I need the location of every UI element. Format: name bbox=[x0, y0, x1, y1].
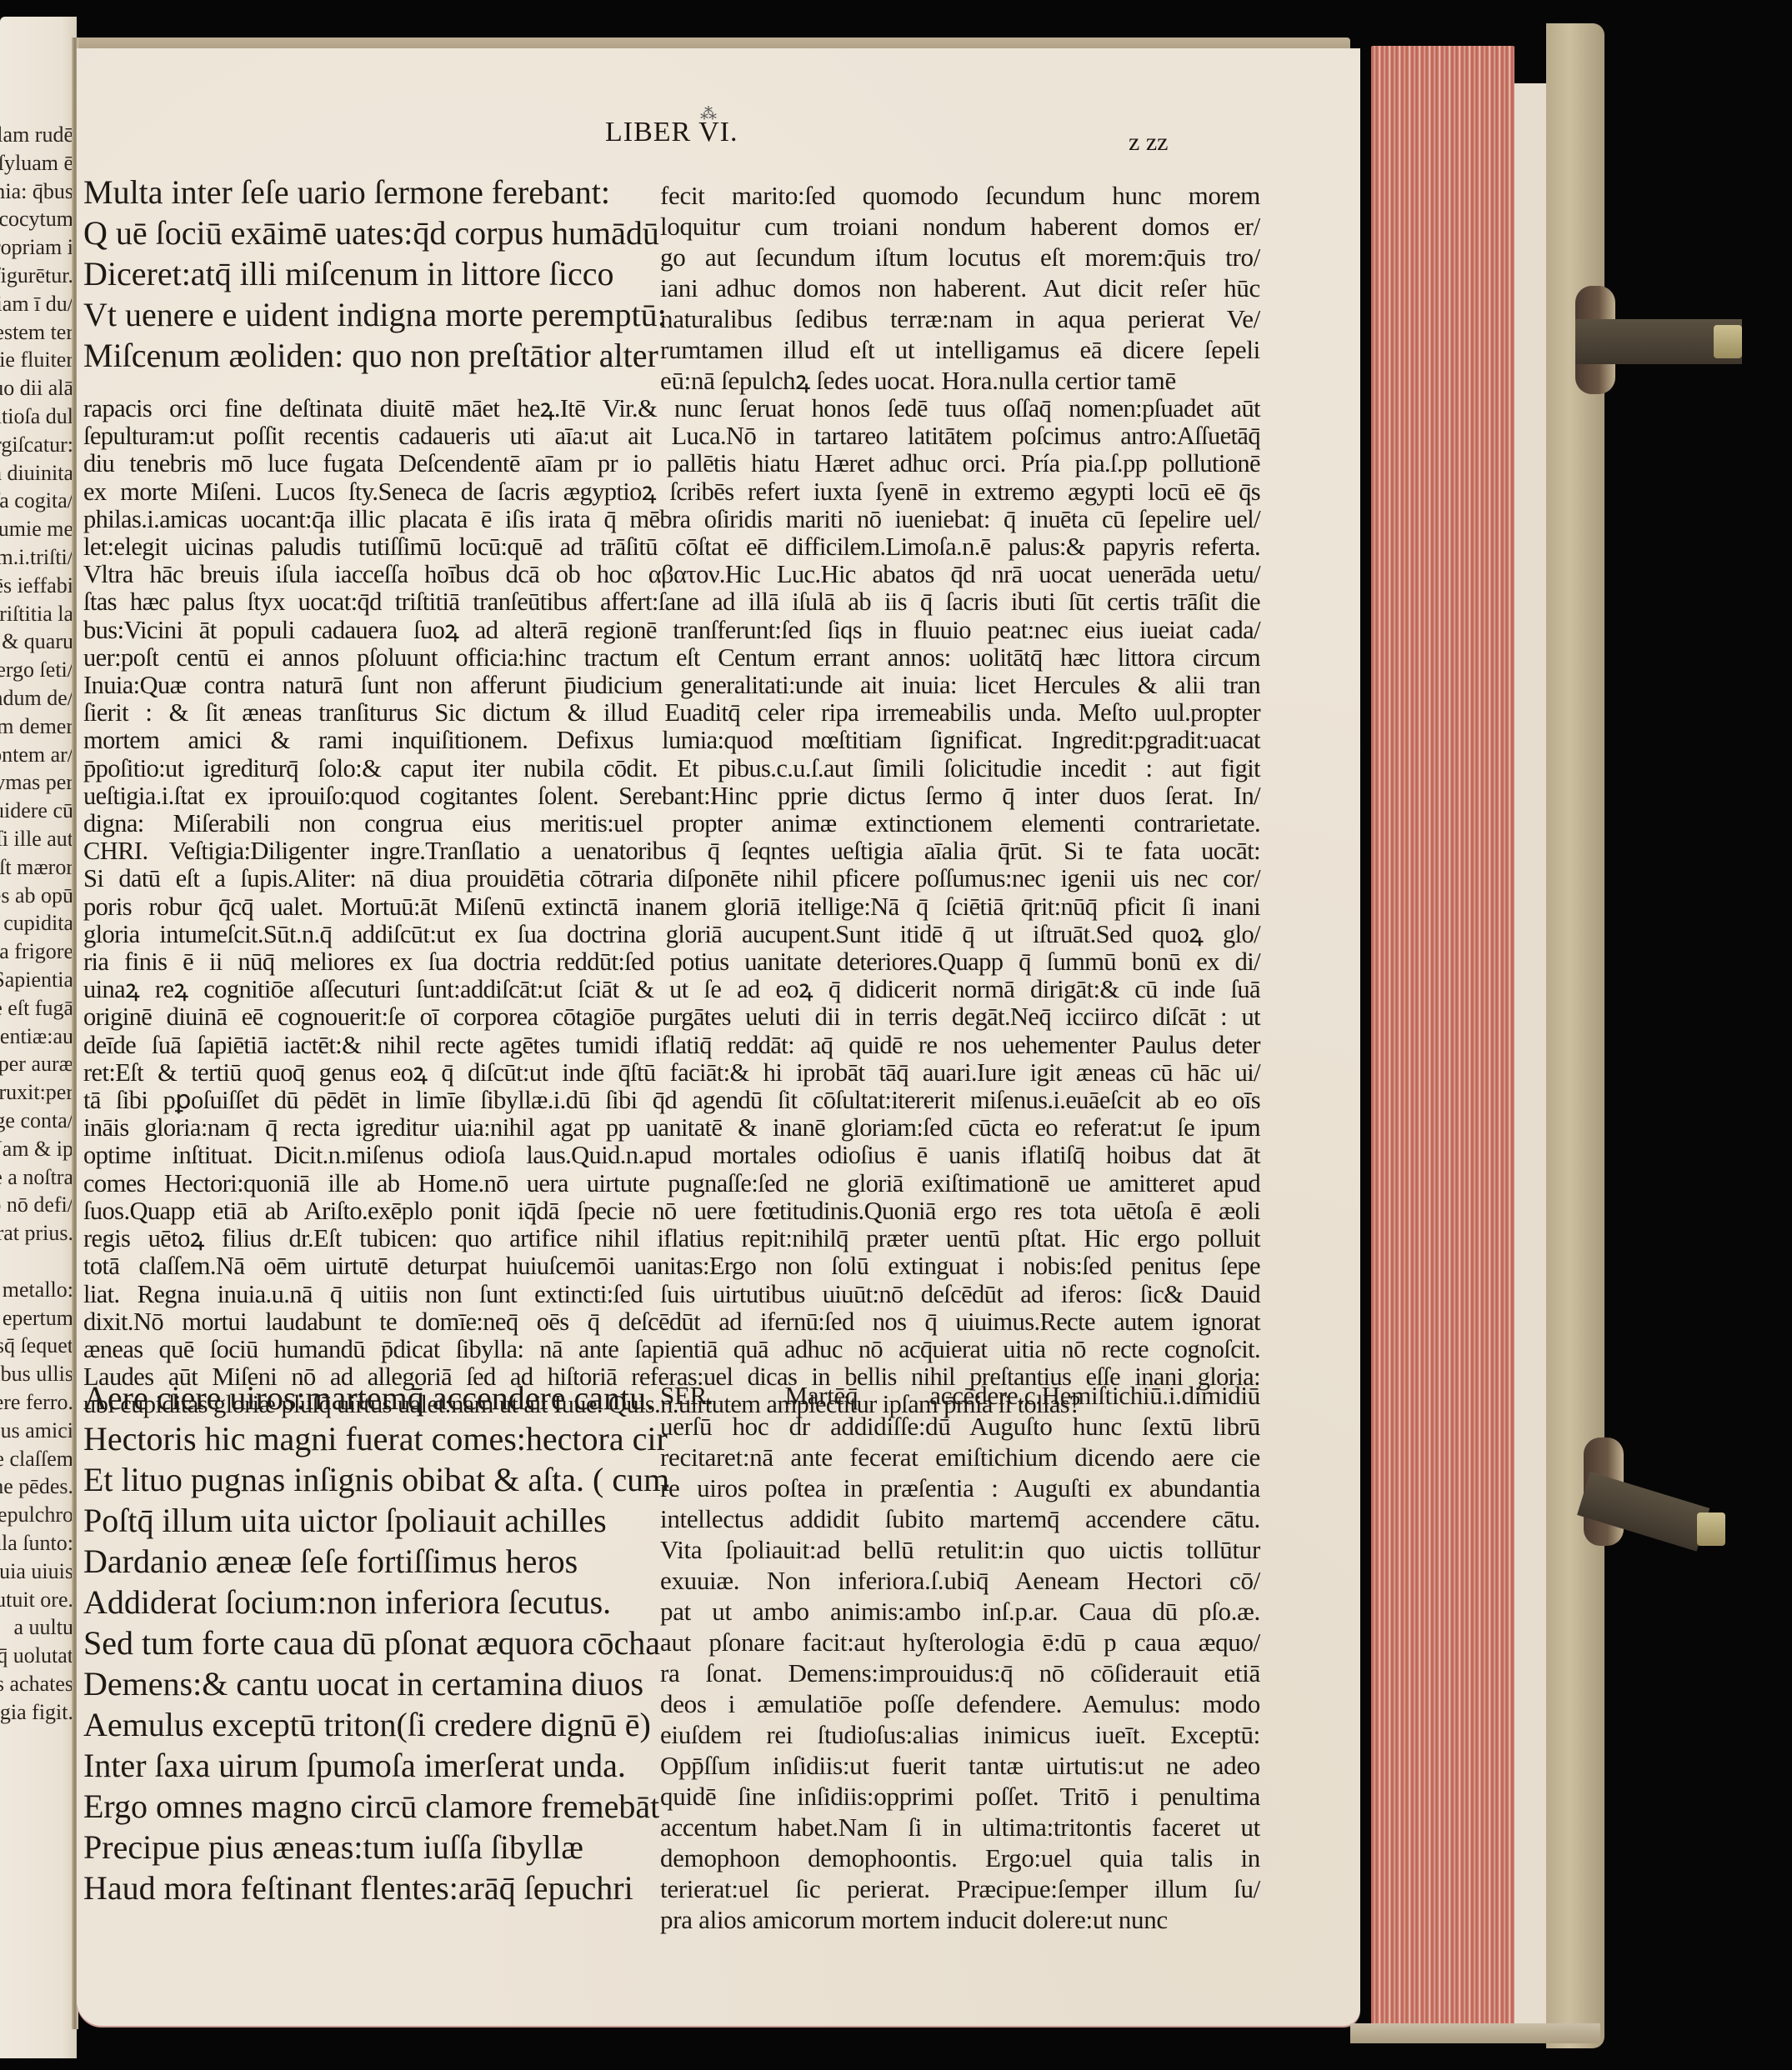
commentary-line: ret:Eſt & tertiū quoq̄ genus eoꝝ q̄ diſc… bbox=[83, 1059, 1260, 1087]
commentary-line: ſepulturam:ut poſſit recentis cadaueris … bbox=[83, 422, 1260, 450]
verse-line: Dardanio æneæ ſeſe fortiſſimus heros bbox=[83, 1541, 658, 1582]
verse-line: Et lituo pugnas inſignis obibat & aſta. … bbox=[83, 1459, 658, 1500]
verse-line: Miſcenum æoliden: quo non preſtātior alt… bbox=[83, 335, 658, 376]
commentary-line: comes Hectori:quoniā ille ab Home.nō uer… bbox=[83, 1170, 1260, 1197]
commentary-line: dixit.Nō mortui laudabunt te domīe:neq̄ … bbox=[83, 1308, 1260, 1336]
previous-page-text-fragment: circo ſyluam ē bbox=[0, 149, 73, 177]
verse-line: Aemulus exceptū triton(ſi credere dignū … bbox=[83, 1704, 658, 1745]
previous-page-text-fragment: cidamus: ſi ille aut bbox=[0, 825, 73, 852]
commentary-line: poris robur q̄cq̄ ualet. Mortuū:āt Miſen… bbox=[83, 893, 1260, 921]
previous-page-text-fragment: n quæ a noſtra bbox=[0, 1163, 73, 1191]
commentary-line: eū:nā ſepulchꝝ ſedes uocat. Hora.nulla c… bbox=[660, 365, 1260, 396]
commentary-line: philas.i.amicas uocant:q̄a illic placata… bbox=[83, 506, 1260, 533]
verse-line: Inter ſaxa uirum ſpumoſa imerſerat unda. bbox=[83, 1745, 658, 1786]
commentary-line: SER. Martēq̄ accēdere.c.Hemiſtichiū.i.di… bbox=[660, 1380, 1260, 1411]
red-stained-fore-edge bbox=[1371, 46, 1514, 2042]
commentary-line: ināis gloria:nam q̄ recta igreditur uia:… bbox=[83, 1114, 1260, 1142]
commentary-line: re uiros poſtea in præſentia : Auguſti e… bbox=[660, 1472, 1260, 1503]
commentary-main: rapacis orci fine deſtinata diuitē māet … bbox=[83, 395, 1260, 1419]
previous-page-text-fragment: ā materiam ī du/ bbox=[0, 290, 73, 317]
previous-page-text-fragment: ī rez pnitioſa dul bbox=[0, 402, 73, 430]
previous-page-text-fragment: it:& cælestem ter bbox=[0, 318, 73, 346]
commentary-line: gloria intumeſcit.Sūt.n.q̄ addiſcūt:ut e… bbox=[83, 921, 1260, 948]
commentary-line: ueſtigia.i.ſtat ex iprouiſo:quod cogitan… bbox=[83, 782, 1260, 810]
commentary-line: Vita ſpoliauit:ad bellū retulit:in quo u… bbox=[660, 1534, 1260, 1565]
commentary-line: eiuſdem rei ſtudioſus:alias inimicus iue… bbox=[660, 1719, 1260, 1750]
brass-catch-icon bbox=[1697, 1512, 1725, 1546]
previous-page-text-fragment: quod eſt a frigore bbox=[0, 937, 73, 965]
verse-line: Q uē ſociū exāimē uates:q̄d corpus humād… bbox=[83, 212, 658, 253]
previous-page-text-fragment: tes:Nam & ip bbox=[0, 1135, 73, 1162]
verse-line: Hectoris hic magni fuerat comes:hectora … bbox=[83, 1418, 658, 1459]
commentary-line: pat ut ambo animis:ambo inſ.p.ar. Caua d… bbox=[660, 1596, 1260, 1627]
previous-page-text-fragment: auulſo nō defi/ bbox=[0, 1191, 73, 1218]
commentary-bottom-right: SER. Martēq̄ accēdere.c.Hemiſtichiū.i.di… bbox=[660, 1380, 1260, 1935]
previous-page-text-fragment: abſtruxit:per bbox=[0, 1078, 73, 1106]
commentary-line: ex morte Miſeni. Lucos ſty.Seneca de ſac… bbox=[83, 478, 1260, 506]
signature-mark: z zz bbox=[1129, 128, 1168, 157]
previous-page-text-fragment: ueluti flumie me bbox=[0, 515, 73, 542]
previous-page-text-fragment: tum.ſ.quo dii alā bbox=[0, 374, 73, 402]
commentary-line: uerſū hoc dr addidiſſe:dū Auguſto hunc ſ… bbox=[660, 1411, 1260, 1442]
previous-page-text-fragment: acilisq̄ ſequet bbox=[0, 1332, 73, 1359]
previous-page-text-fragment: corpus amici bbox=[0, 1417, 73, 1444]
commentary-line: rapacis orci fine deſtinata diuitē māet … bbox=[83, 395, 1260, 422]
previous-page-text-fragment: epertum bbox=[3, 1304, 73, 1332]
running-head: LIBER VI. bbox=[605, 117, 738, 148]
previous-page-text-fragment: uellere ferro. bbox=[0, 1388, 73, 1416]
commentary-line: let:elegit uicinas paludis tutiſſimū loc… bbox=[83, 533, 1260, 561]
verse-line: Precipue pius æneas:tum iuſſa ſibyllæ bbox=[83, 1827, 658, 1867]
verse-line: Vt uenere e uident indigna morte perempt… bbox=[83, 294, 658, 335]
previous-page-text-fragment: gia figit. bbox=[0, 1698, 73, 1726]
commentary-top-right: fecit marito:ſed quomodo ſecundum hunc m… bbox=[660, 180, 1260, 396]
commentary-line: naturalibus ſedibus terræ:nam in aqua pe… bbox=[660, 303, 1260, 334]
commentary-line: aut pſonare facit:aut hyſterologia ē:dū … bbox=[660, 1627, 1260, 1657]
verse-line: Multa inter ſeſe uario ſermone ferebant: bbox=[83, 172, 658, 212]
commentary-line: totā claſſem.Nā oēm uirtutē deturpat hui… bbox=[83, 1252, 1260, 1280]
commentary-line: rumtamen illud eſt ut intelligamus eā di… bbox=[660, 334, 1260, 365]
commentary-line: ria finis ē ii nūq̄ meliores ex ſua doct… bbox=[83, 948, 1260, 976]
previous-page-text-fragment: i cauſa eſt & quaru bbox=[0, 627, 73, 655]
commentary-line: optime inſtituat. Dicit.n.miſenus odioſa… bbox=[83, 1142, 1260, 1169]
commentary-line: Si datū eſt a ſupis.Aliter: nā diua prou… bbox=[83, 865, 1260, 892]
brass-catch-icon bbox=[1714, 325, 1742, 358]
recto-page: ⁂ LIBER VI. z zz Multa inter ſeſe uario … bbox=[77, 48, 1360, 2027]
previous-page-text-fragment: cupiditates ab opū bbox=[0, 882, 73, 909]
verse-line: Ergo omnes magno circū clamore fremebāt bbox=[83, 1786, 658, 1827]
previous-page-text-fragment: ifectis ipſa cogita/ bbox=[0, 487, 73, 514]
previous-page-text-fragment: a metallo: bbox=[0, 1276, 73, 1303]
previous-page-text-fragment: men illam rudē bbox=[0, 121, 73, 148]
page-header: LIBER VI. z zz bbox=[77, 117, 1360, 158]
commentary-line: p̄poſitio:ut igrediturq̄ ſolo:& caput it… bbox=[83, 755, 1260, 782]
commentary-line: quidē ſine inſidiis:opprimi poſſet. Trit… bbox=[660, 1781, 1260, 1812]
previous-page-text-fragment: ii: Stygem.i.triſti/ bbox=[0, 543, 73, 571]
commentary-line: tā ſibi pꝑoſuiſſet dū pēdēt in limīe ſib… bbox=[83, 1087, 1260, 1114]
commentary-line: ſuos.Quapp etiā ab Ariſto.exēplo ponit i… bbox=[83, 1197, 1260, 1225]
commentary-line: æneas quē ſociū humandū p̄dicat ſibylla:… bbox=[83, 1336, 1260, 1363]
previous-page-text-fragment: citur.Ex triſtitia la bbox=[0, 600, 73, 627]
commentary-line: pra alios amicorum mortem inducit dolere… bbox=[660, 1904, 1260, 1935]
commentary-line: CHRI. Veſtigia:Diligenter ingre.Tranſlat… bbox=[83, 837, 1260, 865]
commentary-line: loquitur cum troiani nondum haberent dom… bbox=[660, 211, 1260, 242]
previous-page-text-fragment: a uultu bbox=[14, 1613, 74, 1641]
commentary-line: ſierit : & ſit æneas tranſiturus Sic dic… bbox=[83, 699, 1260, 727]
commentary-line: recitaret:nā ante fecerat emiſtichium di… bbox=[660, 1442, 1260, 1472]
commentary-line: liat. Regna inuia.u.nā q̄ uitiis non ſun… bbox=[83, 1281, 1260, 1308]
previous-page-text-fragment: ro.ī Iob per auræ bbox=[0, 1050, 73, 1077]
previous-page-text-fragment: gna iuia uiuis bbox=[0, 1557, 73, 1585]
commentary-line: go aut ſecundum iſtum locutus eſt morem:… bbox=[660, 242, 1260, 272]
cover-tail bbox=[1350, 2023, 1600, 2043]
commentary-line: ſtas hæc palus ſtyx uocat:q̄d triſtitiā … bbox=[83, 588, 1260, 616]
commentary-line: regis uētoꝝ filius dr.Eſt tubicen: quo a… bbox=[83, 1225, 1260, 1252]
previous-page-text-fragment: m ue propriam i bbox=[0, 233, 73, 261]
previous-page-text-fragment: erat prius. bbox=[0, 1219, 73, 1247]
commentary-line: diu tenebris mō luce fugata Deſcendentē … bbox=[83, 450, 1260, 477]
commentary-line: iani adhuc domos non haberent. Aut dicit… bbox=[660, 272, 1260, 303]
previous-page-text-fragment: lētiſſimæ cupidita bbox=[0, 909, 73, 937]
previous-page-text-fragment: s achates bbox=[0, 1670, 73, 1697]
previous-page-text-fragment: aureus: Sapientia bbox=[0, 966, 73, 993]
verse-block-top: Multa inter ſeſe uario ſermone ferebant:… bbox=[83, 172, 658, 376]
verse-line: Diceret:atq̄ illi miſcenum in littore ſi… bbox=[83, 253, 658, 294]
commentary-line: accentum habet.Nam ſi in ultima:tritonti… bbox=[660, 1812, 1260, 1842]
previous-page-text-fragment: um mundum de/ bbox=[0, 684, 73, 712]
previous-page-text-fragment: ntellige conta/ bbox=[0, 1107, 73, 1134]
verse-line: Poſtq̄ illum uita uictor ſpoliauit achil… bbox=[83, 1500, 658, 1541]
commentary-line: fecit marito:ſed quomodo ſecundum hunc m… bbox=[660, 180, 1260, 211]
previous-page-text-fragment: ibus ullis bbox=[0, 1360, 73, 1387]
commentary-line: uinaꝝ reꝝ cognitiōe aſſecuturi ſunt:addi… bbox=[83, 976, 1260, 1003]
verse-line: Aere ciere uiros:martemq̄ accendere cant… bbox=[83, 1377, 658, 1418]
previous-page-text-fragment: m nomia: q̄bus bbox=[0, 177, 73, 205]
previous-page-text-fragment: rōtem:cocytum bbox=[0, 205, 73, 232]
previous-page-text-fragment: tius:Hæc ergo ſeti/ bbox=[0, 656, 73, 683]
previous-page-text-fragment: utuit ore. bbox=[0, 1586, 73, 1613]
verse-line: Addiderat ſocium:non inferiora ſecutus. bbox=[83, 1582, 658, 1622]
previous-page-text-fragment: modo tiuidere cū bbox=[0, 797, 73, 824]
previous-page-text-fragment: tuſq̄ exiſtēs ieffabi bbox=[0, 572, 73, 599]
previous-page-text-fragment: piacula ſunto: bbox=[0, 1529, 73, 1557]
previous-page-text-fragment: eq̄ expergiſcatur: bbox=[0, 431, 73, 458]
previous-page-text-fragment: mali:ut eſt mæror bbox=[0, 853, 73, 881]
previous-page-text-fragment: phlegetontem ar/ bbox=[0, 741, 73, 768]
commentary-line: deos i æmulatiōe poſſe defendere. Aemulu… bbox=[660, 1688, 1260, 1719]
previous-page-text-fragment: i limine pēdes. bbox=[0, 1472, 73, 1500]
previous-page-text-fragment: dore.Nam demer bbox=[0, 712, 73, 740]
commentary-line: uer:poſt centū ei annos pſoluunt officia… bbox=[83, 644, 1260, 672]
previous-page-text-fragment: atio:quæ eſt fugā bbox=[0, 994, 73, 1022]
commentary-line: bus:Vicini āt populi cadauera ſuoꝝ ad al… bbox=[83, 617, 1260, 644]
previous-page-text-fragment: unere claſſem bbox=[0, 1445, 73, 1472]
commentary-line: deīde ſuā ſapiētiā iactēt:& nihil recte … bbox=[83, 1032, 1260, 1059]
previous-page-text-fragment: iam uarie fluiter bbox=[0, 346, 73, 373]
commentary-line: Vltra hāc breuis iſula iacceſſa hoībus d… bbox=[83, 561, 1260, 588]
previous-page-edge: men illam rudēcirco ſyluam ēm nomia: q̄b… bbox=[0, 17, 77, 2058]
previous-page-text-fragment: ō de ſepulchro bbox=[0, 1501, 73, 1528]
verse-line: Sed tum forte caua dū pſonat æquora cōch… bbox=[83, 1622, 658, 1663]
commentary-line: originē diuinā eē cognouerit:ſe oī corpo… bbox=[83, 1003, 1260, 1031]
commentary-line: demophoon demophoontis. Ergo:uel quia ta… bbox=[660, 1842, 1260, 1873]
previous-page-text-fragment: actiſſima diuinita bbox=[0, 459, 73, 487]
commentary-line: intellectus addidit ſubito martemq̄ acce… bbox=[660, 1503, 1260, 1534]
verse-line: Demens:& cantu uocat in certamina diuos bbox=[83, 1663, 658, 1704]
previous-page-text-fragment: æ trāſfigurētur. bbox=[0, 262, 73, 289]
commentary-line: mortem amici & rami inquiſitionem. Defix… bbox=[83, 727, 1260, 754]
commentary-line: Inuia:Quæ contra naturā ſunt non afferun… bbox=[83, 672, 1260, 699]
commentary-line: Opp̄ſſum inſidiis:ut fuerit tantæ uirtut… bbox=[660, 1750, 1260, 1781]
verse-line: Haud mora feſtinant flentes:arāq̄ ſepuch… bbox=[83, 1867, 658, 1908]
previous-page-text-fragment: um lachrymas per bbox=[0, 768, 73, 796]
previous-page-text-fragment: æcoſq̄ uolutat bbox=[0, 1642, 73, 1669]
commentary-line: ra ſonat. Demens:improuidus:q̄ nō cōſide… bbox=[660, 1657, 1260, 1688]
verse-block-bottom: Aere ciere uiros:martemq̄ accendere cant… bbox=[83, 1377, 658, 1908]
previous-page-text-fragment: labia ſcientiæ:au bbox=[0, 1022, 73, 1050]
commentary-line: exuuiæ. Non inferiora.ſ.ubiq̄ Aeneam Hec… bbox=[660, 1565, 1260, 1596]
commentary-line: terierat:uel ſic perierat. Præcipue:ſemp… bbox=[660, 1873, 1260, 1904]
commentary-line: digna: Miſerabili non congrua eius merit… bbox=[83, 810, 1260, 837]
page-margin-edge bbox=[1514, 83, 1548, 2033]
